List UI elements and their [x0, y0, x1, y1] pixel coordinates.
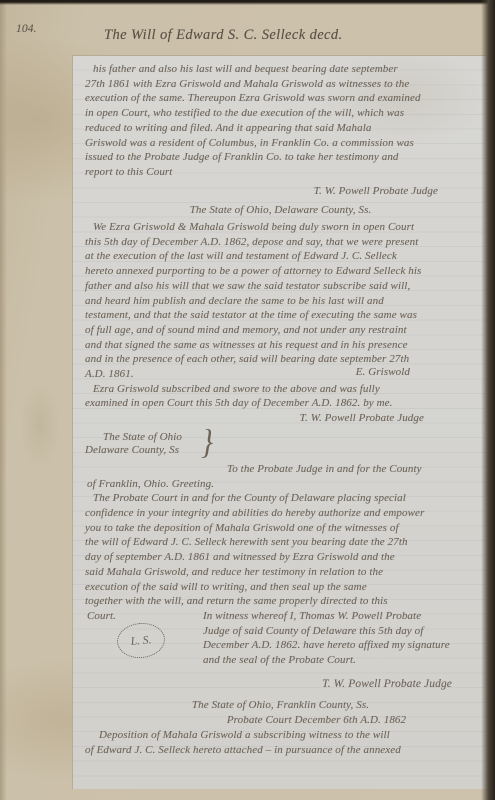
judge-signature: T. W. Powell Probate Judge: [85, 184, 476, 199]
in-witness-whereof-block: Court. L. S. In witness whereof I, Thoma…: [85, 609, 476, 668]
handwritten-line: Ezra Griswold subscribed and swore to th…: [85, 382, 476, 397]
handwritten-line: December A.D. 1862. have hereto affixed …: [203, 638, 476, 653]
handwritten-line: hereto annexed purporting to be a power …: [85, 264, 476, 279]
franklin-county-heading: The State of Ohio, Franklin County, Ss.: [85, 698, 476, 713]
handwritten-line: you to take the deposition of Mahala Gri…: [85, 521, 476, 536]
probate-court-date-line: Probate Court December 6th A.D. 1862: [85, 713, 476, 728]
greeting-line: of Franklin, Ohio. Greeting.: [87, 477, 476, 492]
page-number: 104.: [16, 22, 37, 37]
handwritten-line: said Mahala Griswold, and reduce her tes…: [85, 565, 476, 580]
court-label: Court.: [87, 609, 116, 624]
date-text: A.D. 1861.: [85, 368, 134, 380]
handwritten-line: In witness whereof I, Thomas W. Powell P…: [203, 609, 476, 624]
handwritten-line: 27th 1861 with Ezra Griswold and Mahala …: [85, 77, 476, 92]
handwritten-line: and that signed the same as witnesses at…: [85, 338, 476, 353]
county-line: Delaware County, Ss: [85, 443, 179, 458]
handwritten-line: confidence in your integrity and abiliti…: [85, 506, 476, 521]
page-edge-bottom: [0, 787, 495, 800]
judge-signature: T. W. Powell Probate Judge: [85, 677, 476, 692]
handwritten-line: reduced to writing and filed. And it app…: [85, 121, 476, 136]
handwritten-line: execution of the said will to writing, a…: [85, 580, 476, 595]
paragraph-subscription: Ezra Griswold subscribed and swore to th…: [85, 382, 476, 411]
handwritten-line: at the execution of the last will and te…: [85, 249, 476, 264]
paragraph-proof-of-will: his father and also his last will and be…: [85, 62, 476, 180]
witness-signature: E. Griswold: [356, 365, 410, 380]
deposition-intro-lines: Deposition of Mahala Griswold a subscrib…: [85, 728, 476, 757]
handwritten-line: day of september A.D. 1861 and witnessed…: [85, 550, 476, 565]
page-edge-left: [0, 0, 7, 800]
paper-stain: [20, 380, 60, 470]
handwritten-line: father and also his will that we saw the…: [85, 279, 476, 294]
handwritten-line: report to this Court: [85, 165, 476, 180]
handwritten-line: in open Court, who testified to the due …: [85, 106, 476, 121]
page-title: The Will of Edward S. C. Selleck decd.: [104, 27, 343, 44]
handwritten-line: The Probate Court in and for the County …: [85, 491, 476, 506]
handwritten-line: examined in open Court this 5th day of D…: [85, 396, 476, 411]
handwritten-line: and the seal of the Probate Court.: [203, 653, 476, 668]
handwritten-line: and in the presence of each other, said …: [85, 352, 476, 367]
paragraph-witness-deposition: We Ezra Griswold & Mahala Griswold being…: [85, 220, 476, 367]
greeting-line: To the Probate Judge in and for the Coun…: [227, 462, 476, 477]
handwritten-line: issued to the Probate Judge of Franklin …: [85, 150, 476, 165]
scanned-ledger-page: 104. The Will of Edward S. C. Selleck de…: [0, 0, 495, 800]
handwritten-line: together with the will, and return the s…: [85, 594, 476, 609]
curly-brace: }: [201, 423, 213, 462]
paragraph-commission: The Probate Court in and for the County …: [85, 491, 476, 609]
handwritten-line: Deposition of Mahala Griswold a subscrib…: [85, 728, 476, 743]
handwritten-line: of Edward J. C. Selleck hereto attached …: [85, 743, 476, 758]
date-and-witness-signature-line: A.D. 1861. E. Griswold: [85, 367, 476, 382]
judge-signature: T. W. Powell Probate Judge: [85, 411, 476, 426]
handwritten-line: his father and also his last will and be…: [85, 62, 476, 77]
handwritten-line: and heard him publish and declare the sa…: [85, 294, 476, 309]
page-edge-top: [0, 0, 495, 5]
handwritten-line: Judge of said County of Delaware this 5t…: [203, 624, 476, 639]
handwritten-line: testament, and that the said testator at…: [85, 308, 476, 323]
handwritten-line: the will of Edward J. C. Selleck herewit…: [85, 535, 476, 550]
handwritten-line: of full age, and of sound mind and memor…: [85, 323, 476, 338]
handwritten-line: execution of the same. Thereupon Ezra Gr…: [85, 91, 476, 106]
writing-block: his father and also his last will and be…: [72, 55, 486, 789]
handwritten-line: Griswold was a resident of Columbus, in …: [85, 136, 476, 151]
notary-seal: L. S.: [116, 621, 167, 660]
state-county-heading: The State of Ohio, Delaware County, Ss.: [85, 203, 476, 218]
witness-whereof-lines: In witness whereof I, Thomas W. Powell P…: [203, 609, 476, 668]
state-county-brace-block: The State of Ohio Delaware County, Ss }: [85, 430, 476, 462]
handwritten-line: this 5th day of December A.D. 1862, depo…: [85, 235, 476, 250]
page-edge-right: [481, 0, 495, 800]
handwritten-line: We Ezra Griswold & Mahala Griswold being…: [85, 220, 476, 235]
